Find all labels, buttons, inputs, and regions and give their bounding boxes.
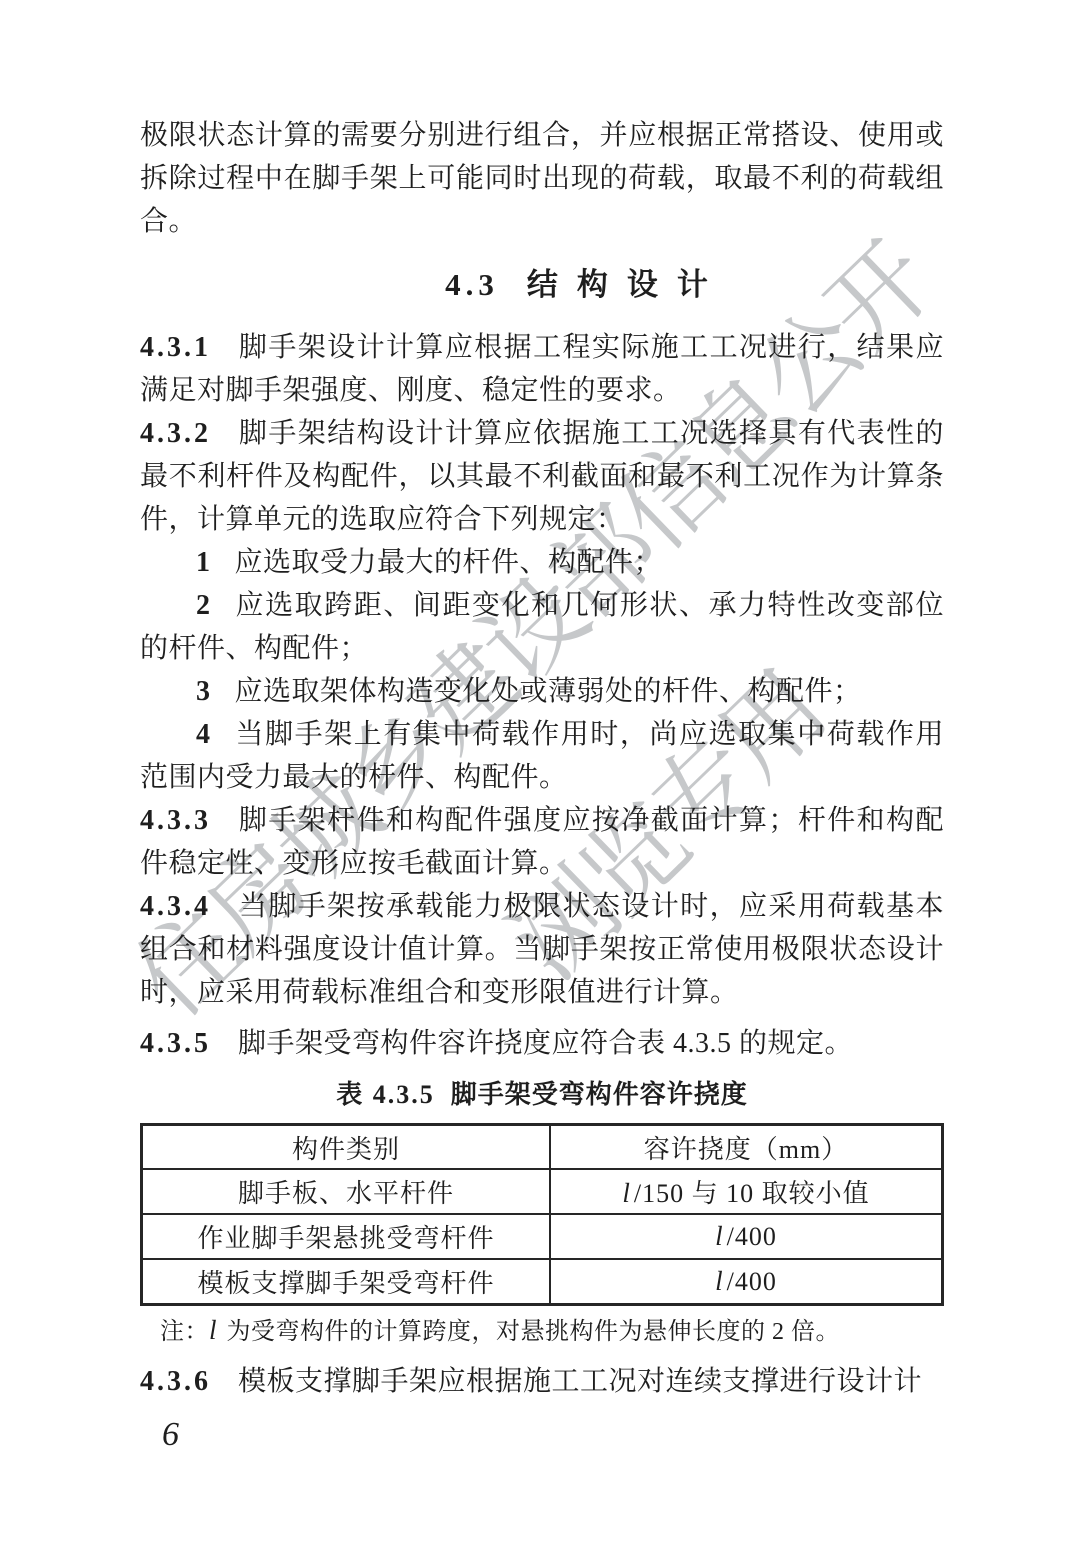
clause-number: 4.3.6 — [140, 1366, 211, 1397]
table-caption-label: 表 4.3.5 — [336, 1080, 435, 1109]
clause-number: 4.3.4 — [140, 891, 211, 922]
span-variable: l — [715, 1266, 724, 1296]
clause-4-3-1: 4.3.1脚手架设计计算应根据工程实际施工工况进行，结果应满足对脚手架强度、刚度… — [140, 326, 944, 412]
clause-text: 脚手架结构设计计算应依据施工工况选择具有代表性的最不利杆件及构配件，以其最不利截… — [140, 418, 944, 535]
table-header-row: 构件类别 容许挠度（mm） — [142, 1125, 943, 1170]
clause-4-3-2: 4.3.2脚手架结构设计计算应依据施工工况选择具有代表性的最不利杆件及构配件，以… — [140, 412, 944, 541]
row-category: 脚手板、水平杆件 — [142, 1169, 551, 1214]
list-item-3: 3应选取架体构造变化处或薄弱处的杆件、构配件； — [140, 670, 944, 713]
item-text: 应选取架体构造变化处或薄弱处的杆件、构配件； — [235, 676, 862, 707]
table-row: 作业脚手架悬挑受弯杆件 l/400 — [142, 1214, 943, 1259]
list-item-2: 2应选取跨距、间距变化和几何形状、承力特性改变部位的杆件、构配件； — [140, 584, 944, 670]
clause-number: 4.3.3 — [140, 805, 211, 836]
table-caption: 表 4.3.5脚手架受弯构件容许挠度 — [140, 1073, 944, 1117]
list-item-1: 1应选取受力最大的杆件、构配件； — [140, 541, 944, 584]
list-item-4: 4当脚手架上有集中荷载作用时，尚应选取集中荷载作用范围内受力最大的杆件、构配件。 — [140, 713, 944, 799]
row-value: l/400 — [550, 1214, 943, 1259]
table-note: 注：l 为受弯构件的计算跨度，对悬挑构件为悬伸长度的 2 倍。 — [140, 1310, 944, 1352]
item-text: 应选取跨距、间距变化和几何形状、承力特性改变部位的杆件、构配件； — [140, 590, 944, 664]
clause-number: 4.3.2 — [140, 418, 211, 449]
clause-4-3-6: 4.3.6模板支撑脚手架应根据施工工况对连续支撑进行设计计 — [140, 1360, 944, 1403]
item-number: 3 — [196, 676, 211, 707]
item-number: 4 — [196, 719, 211, 750]
section-title: 结构设计 — [527, 267, 727, 302]
page-number: 6 — [140, 1413, 944, 1457]
table-header-category: 构件类别 — [142, 1125, 551, 1170]
section-number: 4.3 — [445, 267, 499, 302]
clause-text: 脚手架设计计算应根据工程实际施工工况进行，结果应满足对脚手架强度、刚度、稳定性的… — [140, 332, 944, 406]
page-content: 极限状态计算的需要分别进行组合，并应根据正常搭设、使用或拆除过程中在脚手架上可能… — [0, 0, 1080, 1457]
item-text: 应选取受力最大的杆件、构配件； — [235, 547, 663, 578]
clause-number: 4.3.1 — [140, 332, 211, 363]
item-text: 当脚手架上有集中荷载作用时，尚应选取集中荷载作用范围内受力最大的杆件、构配件。 — [140, 719, 944, 793]
row-category: 模板支撑脚手架受弯杆件 — [142, 1259, 551, 1305]
value-text: /150 与 10 取较小值 — [634, 1179, 870, 1208]
table-row: 脚手板、水平杆件 l/150 与 10 取较小值 — [142, 1169, 943, 1214]
table-row: 模板支撑脚手架受弯杆件 l/400 — [142, 1259, 943, 1305]
clause-4-3-4: 4.3.4当脚手架按承载能力极限状态设计时，应采用荷载基本组合和材料强度设计值计… — [140, 885, 944, 1014]
span-variable: l — [715, 1221, 724, 1251]
item-number: 1 — [196, 547, 211, 578]
row-value: l/150 与 10 取较小值 — [550, 1169, 943, 1214]
clause-text: 脚手架受弯构件容许挠度应符合表 4.3.5 的规定。 — [238, 1028, 853, 1059]
clause-text: 模板支撑脚手架应根据施工工况对连续支撑进行设计计 — [238, 1366, 922, 1397]
clause-4-3-3: 4.3.3脚手架杆件和构配件强度应按净截面计算；杆件和构配件稳定性、变形应按毛截… — [140, 799, 944, 885]
value-text: /400 — [727, 1222, 777, 1251]
item-number: 2 — [196, 590, 211, 621]
table-caption-title: 脚手架受弯构件容许挠度 — [451, 1080, 748, 1109]
continuation-paragraph: 极限状态计算的需要分别进行组合，并应根据正常搭设、使用或拆除过程中在脚手架上可能… — [140, 114, 944, 243]
deflection-table: 构件类别 容许挠度（mm） 脚手板、水平杆件 l/150 与 10 取较小值 作… — [140, 1123, 944, 1306]
note-text: 为受弯构件的计算跨度，对悬挑构件为悬伸长度的 2 倍。 — [220, 1319, 840, 1345]
table-header-value: 容许挠度（mm） — [550, 1125, 943, 1170]
note-variable: l — [209, 1315, 217, 1345]
clause-number: 4.3.5 — [140, 1028, 211, 1059]
value-text: /400 — [727, 1267, 777, 1296]
clause-text: 当脚手架按承载能力极限状态设计时，应采用荷载基本组合和材料强度设计值计算。当脚手… — [140, 891, 944, 1008]
span-variable: l — [622, 1178, 631, 1208]
clause-4-3-5: 4.3.5脚手架受弯构件容许挠度应符合表 4.3.5 的规定。 — [140, 1022, 944, 1065]
note-label: 注： — [160, 1319, 209, 1345]
section-heading: 4.3结构设计 — [184, 263, 988, 307]
document-page: 住房城乡建设部信息公开 浏览专用 极限状态计算的需要分别进行组合，并应根据正常搭… — [0, 0, 1080, 1565]
row-category: 作业脚手架悬挑受弯杆件 — [142, 1214, 551, 1259]
row-value: l/400 — [550, 1259, 943, 1305]
clause-text: 脚手架杆件和构配件强度应按净截面计算；杆件和构配件稳定性、变形应按毛截面计算。 — [140, 805, 944, 879]
